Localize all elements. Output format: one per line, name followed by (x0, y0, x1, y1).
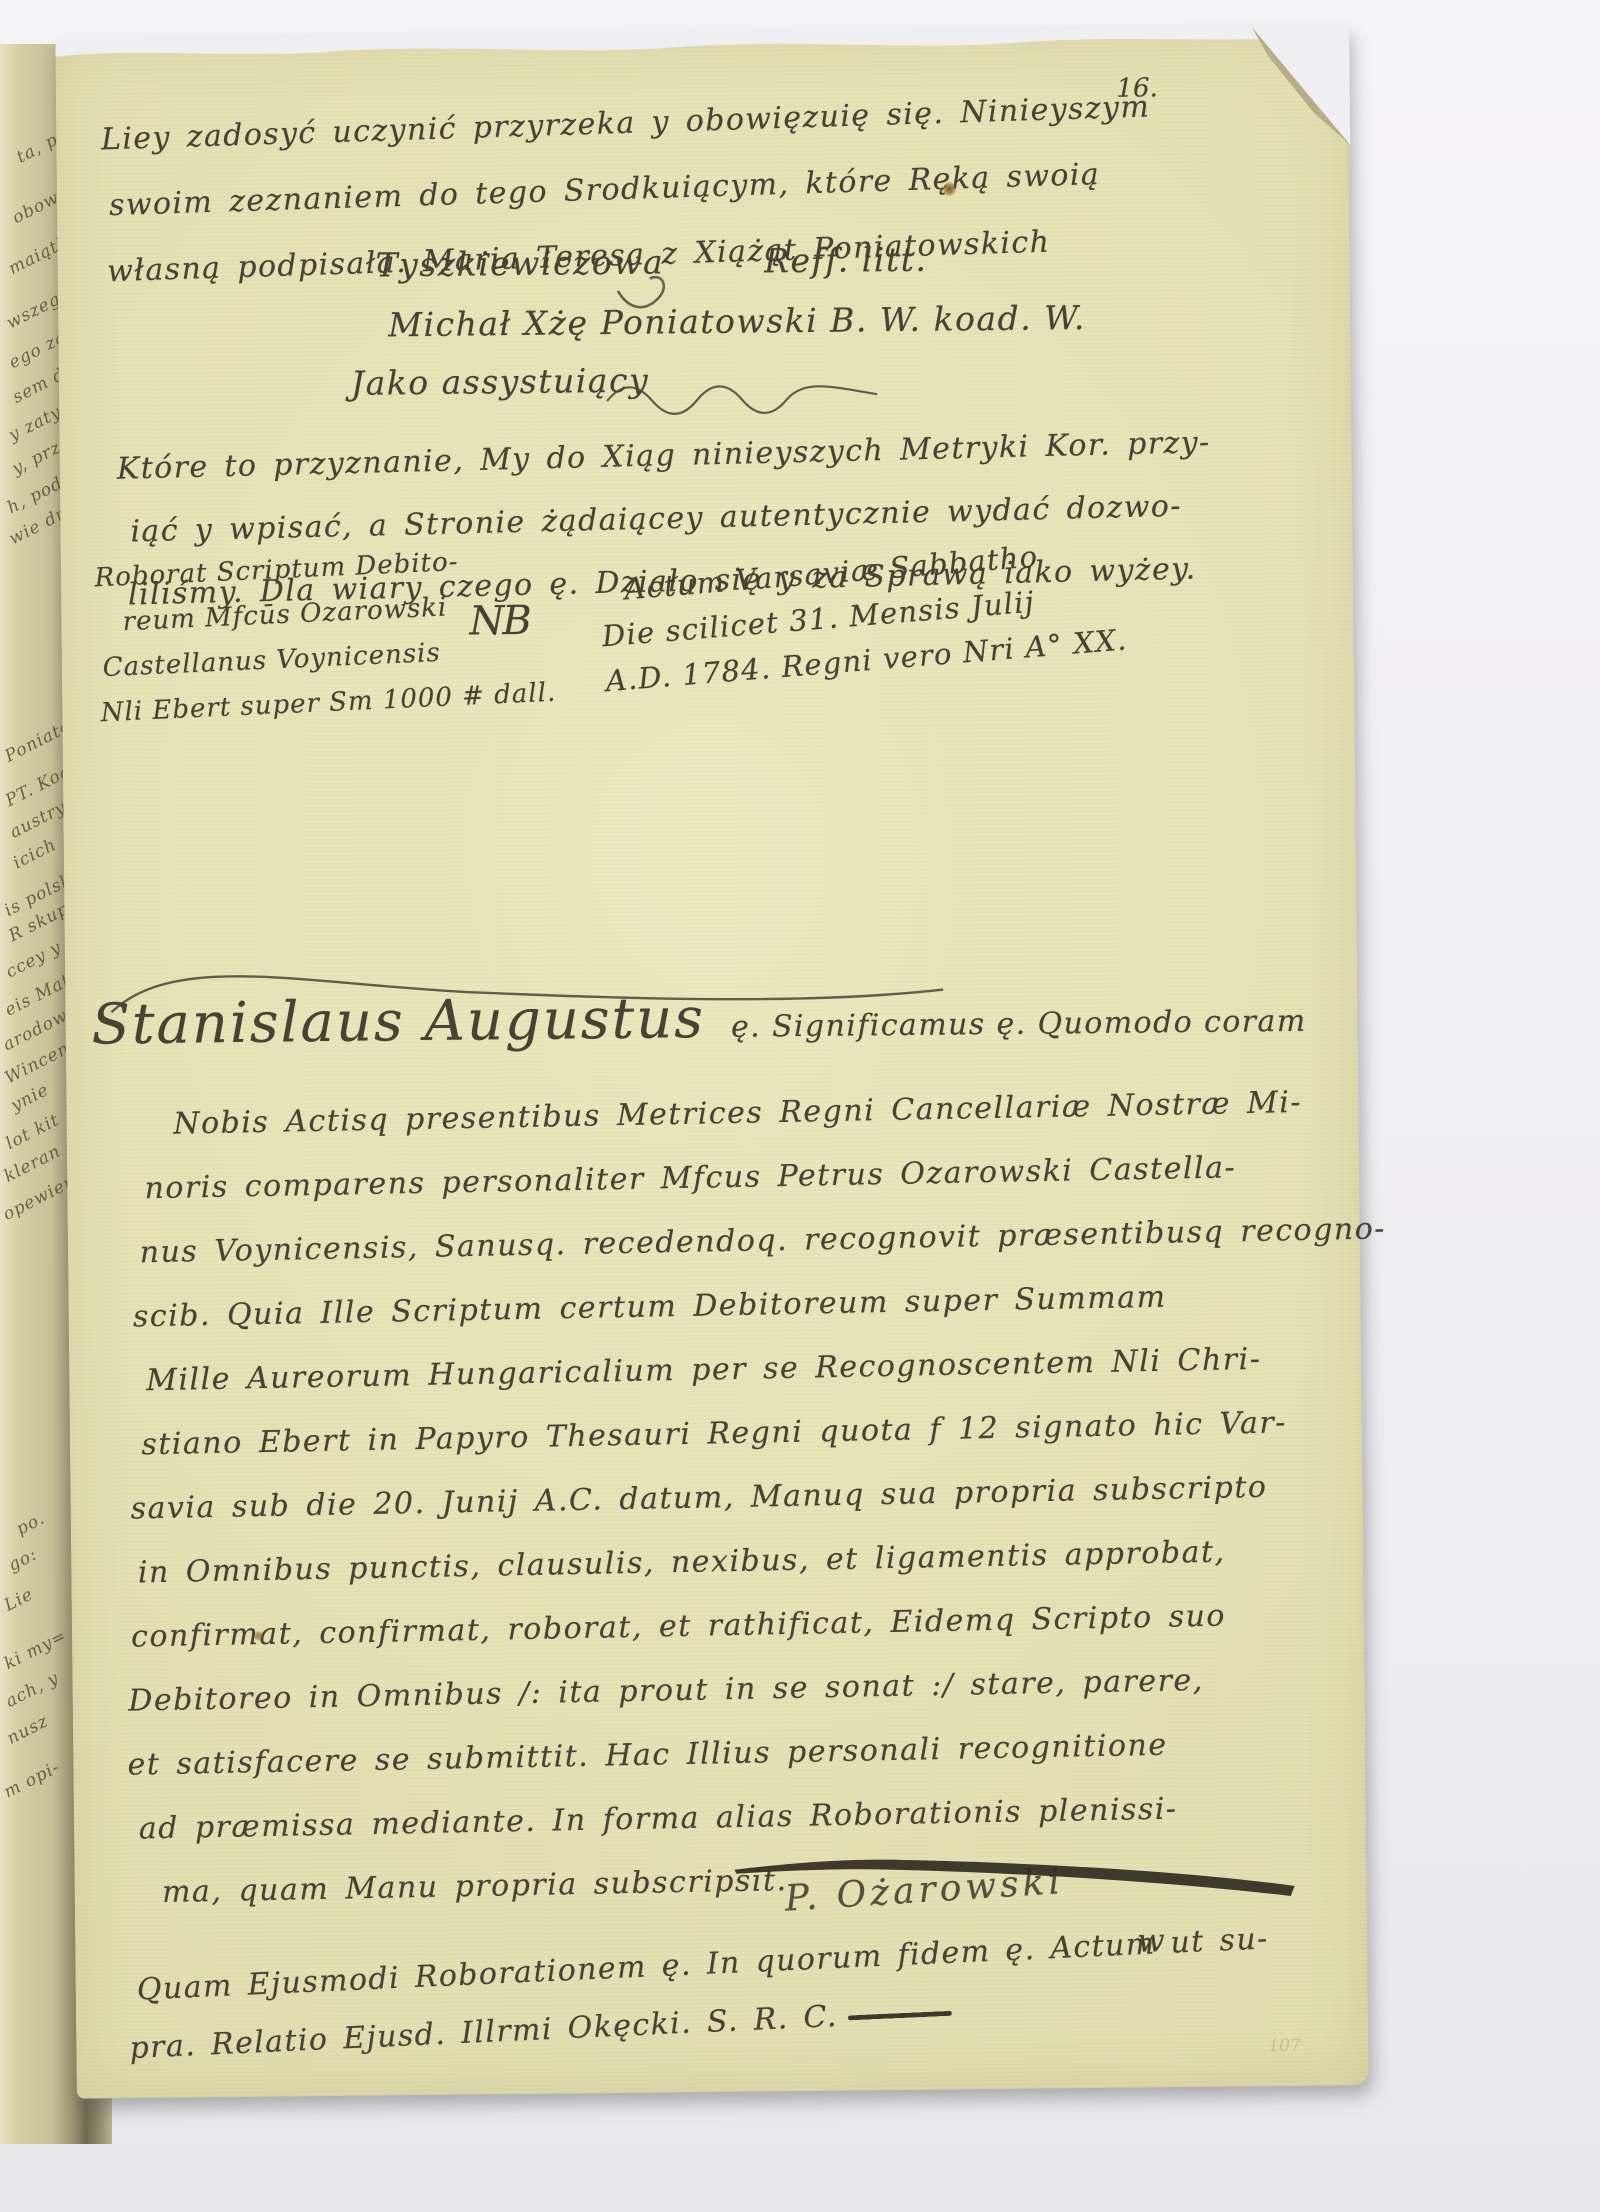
page-fragment: nusz (4, 1711, 52, 1749)
royal-name: Stanislaus Augustus (91, 986, 705, 1057)
page-fragment: m opi- (1, 1758, 63, 1803)
ink-dash (848, 2010, 952, 2020)
page-fragment: ki my= (1, 1626, 70, 1674)
manuscript-sheet: 16. Liey zadosyć uczynić przyrzeka y obo… (55, 27, 1368, 2098)
ink-stain (254, 1631, 263, 1641)
heading-continuation: ę. Significamus ę. Quomodo coram (731, 1004, 1307, 1045)
closing-block: Quam Ejusmodi Roborationem ę. In quorum … (126, 1910, 1273, 2078)
manuscript-line: Tyszkiewiczowa Reff. litt. (375, 240, 927, 285)
nb-mark: NB (469, 598, 530, 645)
manuscript-line: Jako assystuiący (351, 361, 650, 403)
page-fragment: go: (5, 1544, 41, 1575)
page-fragment: ach, y (3, 1668, 63, 1712)
witness-name: Tyszkiewiczowa (375, 242, 664, 284)
page-fragment: Lie (1, 1584, 37, 1615)
royal-heading: Stanislaus Augustus ę. Significamus ę. Q… (91, 980, 1307, 1058)
latin-paragraph: Nobis Actisq presentibus Metrices Regni … (109, 1069, 1399, 1925)
referendary-note: Reff. litt. (764, 240, 928, 281)
faint-pencil-mark: 107 (1268, 2036, 1301, 2056)
page-fragment: po. (13, 1508, 48, 1539)
ink-stain (943, 181, 956, 196)
scanned-manuscript-page: { "page": { "number": "16.", "faint_mark… (0, 0, 1600, 2212)
manuscript-line: Michał Xżę Poniatowski B. W. koad. W. (388, 298, 1086, 344)
torn-top-edge (55, 25, 1347, 69)
